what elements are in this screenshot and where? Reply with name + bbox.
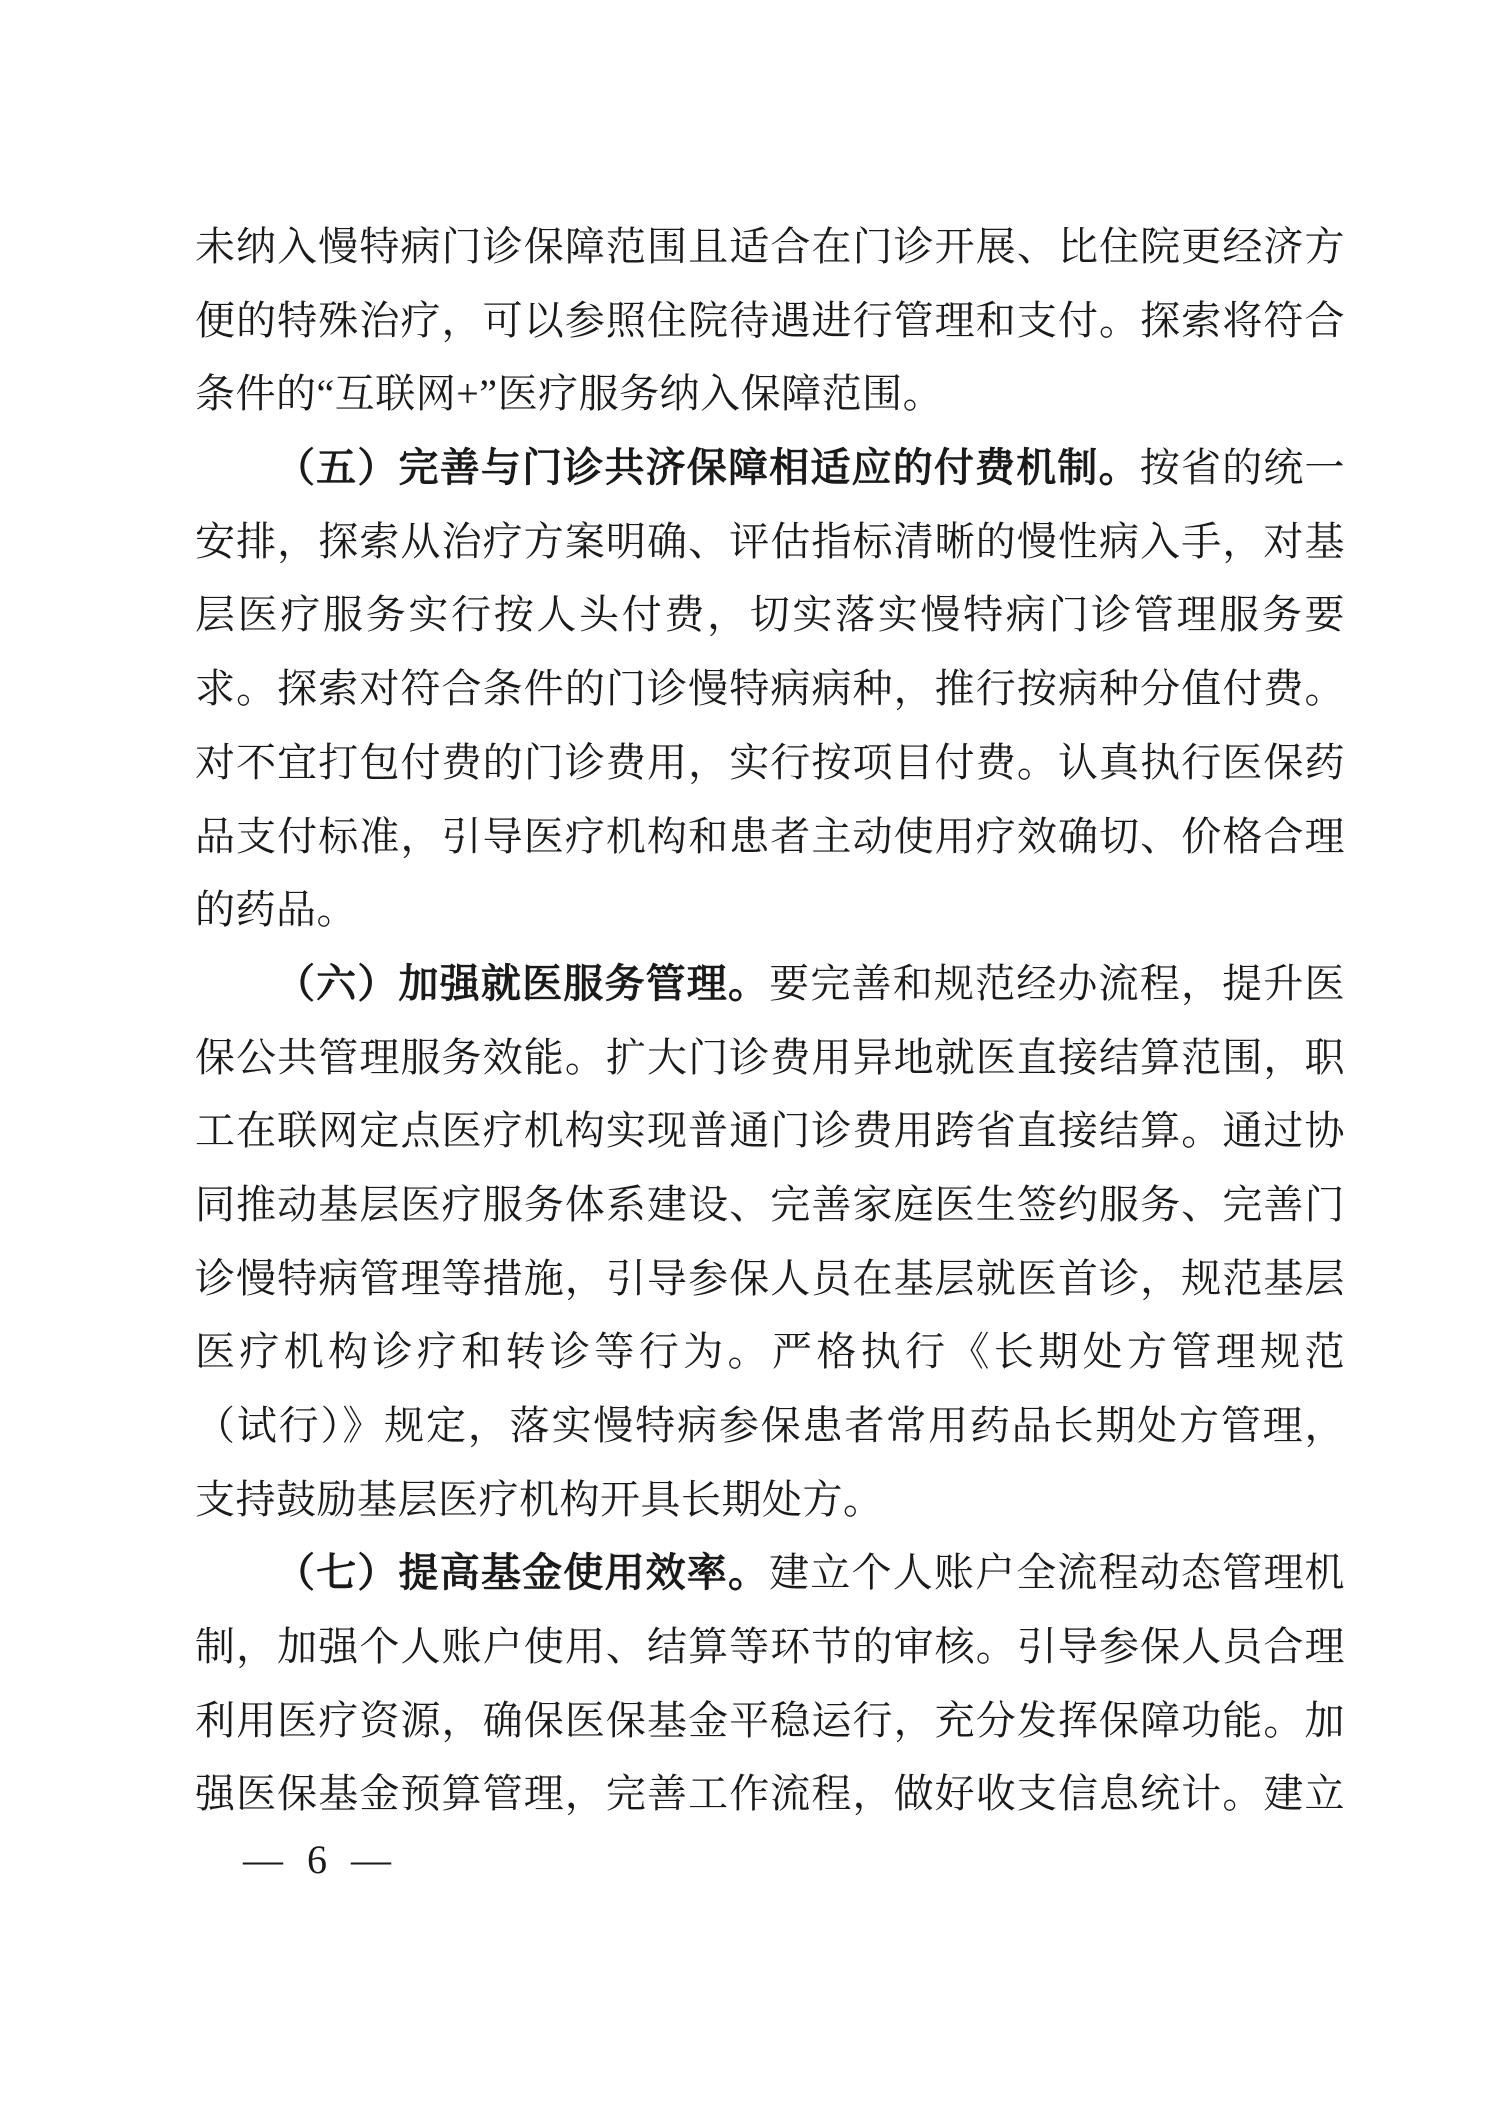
heading-text-segment: （六）加强就医服务管理。 [275,961,769,1006]
body-text-segment: 工在联网定点医疗机构实现普通门诊费用跨省直接结算。通过协 [195,1108,1345,1153]
body-text-segment: 安排，探索从治疗方案明确、评估指标清晰的慢性病入手，对基 [195,519,1345,564]
body-text-segment: 同推动基层医疗服务体系建设、完善家庭医生签约服务、完善门 [195,1182,1345,1227]
body-text-segment: 医疗机构诊疗和转诊等行为。严格执行《长期处方管理规范 [195,1329,1345,1374]
text-line: （七）提高基金使用效率。建立个人账户全流程动态管理机 [195,1536,1345,1610]
text-line: 制，加强个人账户使用、结算等环节的审核。引导参保人员合理 [195,1610,1345,1684]
text-line: 诊慢特病管理等措施，引导参保人员在基层就医首诊，规范基层 [195,1242,1345,1316]
text-line: 保公共管理服务效能。扩大门诊费用异地就医直接结算范围，职 [195,1021,1345,1095]
body-text-segment: 未纳入慢特病门诊保障范围且适合在门诊开展、比住院更经济方 [195,224,1345,269]
text-line: 未纳入慢特病门诊保障范围且适合在门诊开展、比住院更经济方 [195,210,1345,284]
heading-text-segment: （七）提高基金使用效率。 [275,1550,769,1595]
text-line: 医疗机构诊疗和转诊等行为。严格执行《长期处方管理规范 [195,1315,1345,1389]
body-text-segment: 层医疗服务实行按人头付费，切实落实慢特病门诊管理服务要 [195,592,1345,637]
text-line: 支持鼓励基层医疗机构开具长期处方。 [195,1463,1345,1537]
body-text-segment: 支持鼓励基层医疗机构开具长期处方。 [195,1477,884,1522]
text-line: 强医保基金预算管理，完善工作流程，做好收支信息统计。建立 [195,1757,1345,1831]
text-line: 工在联网定点医疗机构实现普通门诊费用跨省直接结算。通过协 [195,1094,1345,1168]
text-line: 品支付标准，引导医疗机构和患者主动使用疗效确切、价格合理 [195,800,1345,874]
body-text-segment: 建立个人账户全流程动态管理机 [769,1550,1345,1595]
text-line: 同推动基层医疗服务体系建设、完善家庭医生签约服务、完善门 [195,1168,1345,1242]
body-text-segment: （试行）》规定，落实慢特病参保患者常用药品长期处方管理， [195,1403,1345,1448]
page-number: — 6 — [243,1823,391,1897]
document-body-text: 未纳入慢特病门诊保障范围且适合在门诊开展、比住院更经济方便的特殊治疗，可以参照住… [195,210,1345,1831]
body-text-segment: 按省的统一 [1140,445,1345,490]
text-line: （五）完善与门诊共济保障相适应的付费机制。按省的统一 [195,431,1345,505]
body-text-segment: 要完善和规范经办流程，提升医 [769,961,1345,1006]
text-line: 安排，探索从治疗方案明确、评估指标清晰的慢性病入手，对基 [195,505,1345,579]
text-line: （六）加强就医服务管理。要完善和规范经办流程，提升医 [195,947,1345,1021]
body-text-segment: 求。探索对符合条件的门诊慢特病病种，推行按病种分值付费。 [195,666,1345,711]
body-text-segment: 利用医疗资源，确保医保基金平稳运行，充分发挥保障功能。加 [195,1698,1345,1743]
text-line: 层医疗服务实行按人头付费，切实落实慢特病门诊管理服务要 [195,578,1345,652]
text-line: 利用医疗资源，确保医保基金平稳运行，充分发挥保障功能。加 [195,1684,1345,1758]
document-page: 未纳入慢特病门诊保障范围且适合在门诊开展、比住院更经济方便的特殊治疗，可以参照住… [0,0,1487,2105]
text-line: 的药品。 [195,873,1345,947]
text-line: 求。探索对符合条件的门诊慢特病病种，推行按病种分值付费。 [195,652,1345,726]
body-text-segment: 强医保基金预算管理，完善工作流程，做好收支信息统计。建立 [195,1771,1345,1816]
text-line: （试行）》规定，落实慢特病参保患者常用药品长期处方管理， [195,1389,1345,1463]
body-text-segment: 保公共管理服务效能。扩大门诊费用异地就医直接结算范围，职 [195,1035,1345,1080]
body-text-segment: 制，加强个人账户使用、结算等环节的审核。引导参保人员合理 [195,1624,1345,1669]
heading-text-segment: （五）完善与门诊共济保障相适应的付费机制。 [275,445,1140,490]
text-line: 便的特殊治疗，可以参照住院待遇进行管理和支付。探索将符合 [195,284,1345,358]
text-line: 对不宜打包付费的门诊费用，实行按项目付费。认真执行医保药 [195,726,1345,800]
text-line: 条件的“互联网+”医疗服务纳入保障范围。 [195,357,1345,431]
body-text-segment: 诊慢特病管理等措施，引导参保人员在基层就医首诊，规范基层 [195,1256,1345,1301]
body-text-segment: 的药品。 [195,887,357,932]
body-text-segment: 对不宜打包付费的门诊费用，实行按项目付费。认真执行医保药 [195,740,1345,785]
body-text-segment: 条件的“互联网+”医疗服务纳入保障范围。 [195,371,943,416]
body-text-segment: 便的特殊治疗，可以参照住院待遇进行管理和支付。探索将符合 [195,298,1345,343]
body-text-segment: 品支付标准，引导医疗机构和患者主动使用疗效确切、价格合理 [195,814,1345,859]
